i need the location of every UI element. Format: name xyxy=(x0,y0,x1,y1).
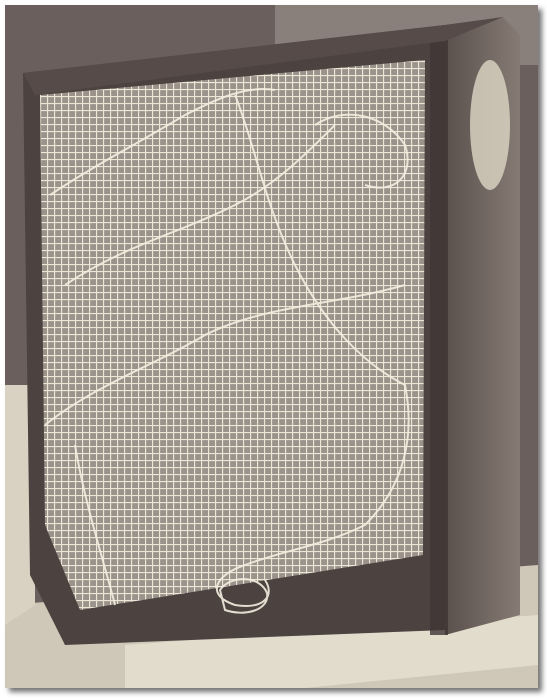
map-grid xyxy=(40,60,425,610)
stele-photograph xyxy=(5,5,538,688)
stele-scene xyxy=(5,5,538,688)
